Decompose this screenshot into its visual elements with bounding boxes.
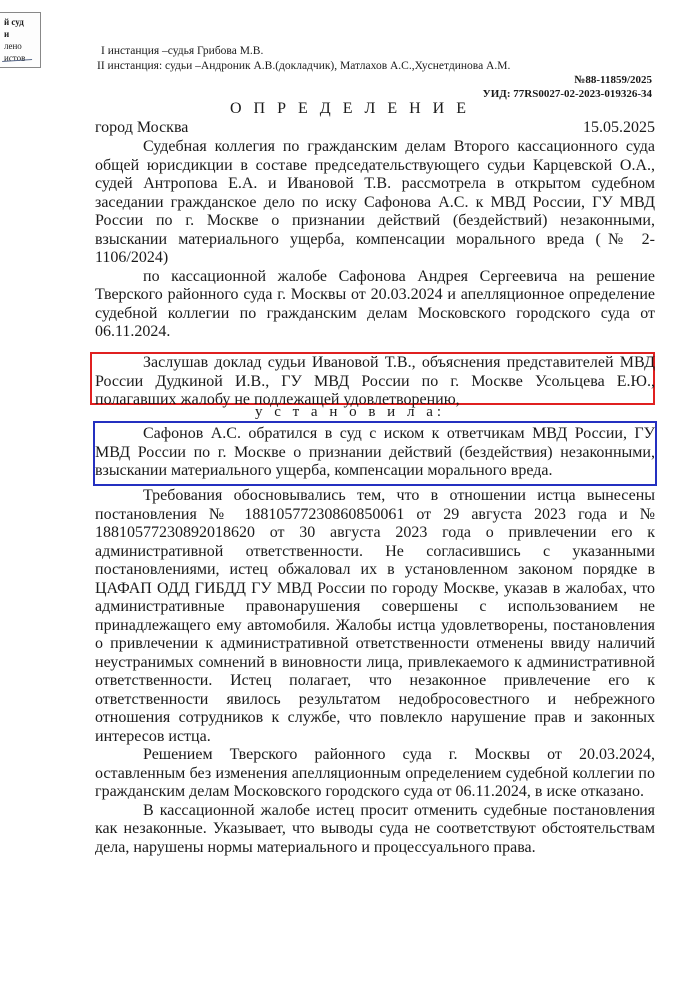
requirements-paragraph: Требования обосновывались тем, что в отн… <box>95 487 655 746</box>
hearing-block: Заслушав доклад судьи Ивановой Т.В., объ… <box>95 354 655 410</box>
case-number: №88-11859/2025 <box>574 74 652 86</box>
cassation-paragraph: по кассационной жалобе Сафонова Андрея С… <box>95 268 655 342</box>
document-date: 15.05.2025 <box>583 119 655 137</box>
claim-paragraph: Сафонов А.С. обратился в суд с иском к о… <box>95 425 655 481</box>
claim-block: Сафонов А.С. обратился в суд с иском к о… <box>95 425 655 481</box>
body-block: Требования обосновывались тем, что в отн… <box>95 487 655 857</box>
stamp-line: й суд <box>4 16 40 28</box>
place-date-row: город Москва 15.05.2025 <box>95 119 655 137</box>
first-instance-judge: I инстанция –судья Грибова М.В. <box>101 45 263 57</box>
stamp-line: лено <box>4 40 40 52</box>
appeal-paragraph: В кассационной жалобе истец просит отмен… <box>95 802 655 858</box>
decision-paragraph: Решением Тверского районного суда г. Мос… <box>95 746 655 802</box>
stamp-line: и <box>4 28 40 40</box>
intro-block: Судебная коллегия по гражданским делам В… <box>95 138 655 342</box>
second-instance-judges: II инстанция: судьи –Андроник А.В.(докла… <box>97 60 510 72</box>
intro-paragraph: Судебная коллегия по гражданским делам В… <box>95 138 655 268</box>
city: город Москва <box>95 119 188 137</box>
case-uid: УИД: 77RS0027-02-2023-019326-34 <box>483 88 652 100</box>
established-heading: у с т а н о в и л а: <box>0 404 700 421</box>
hearing-paragraph: Заслушав доклад судьи Ивановой Т.В., объ… <box>95 354 655 410</box>
court-stamp: й суд и лено истов <box>0 12 41 68</box>
document-title: О П Р Е Д Е Л Е Н И Е <box>0 100 700 118</box>
